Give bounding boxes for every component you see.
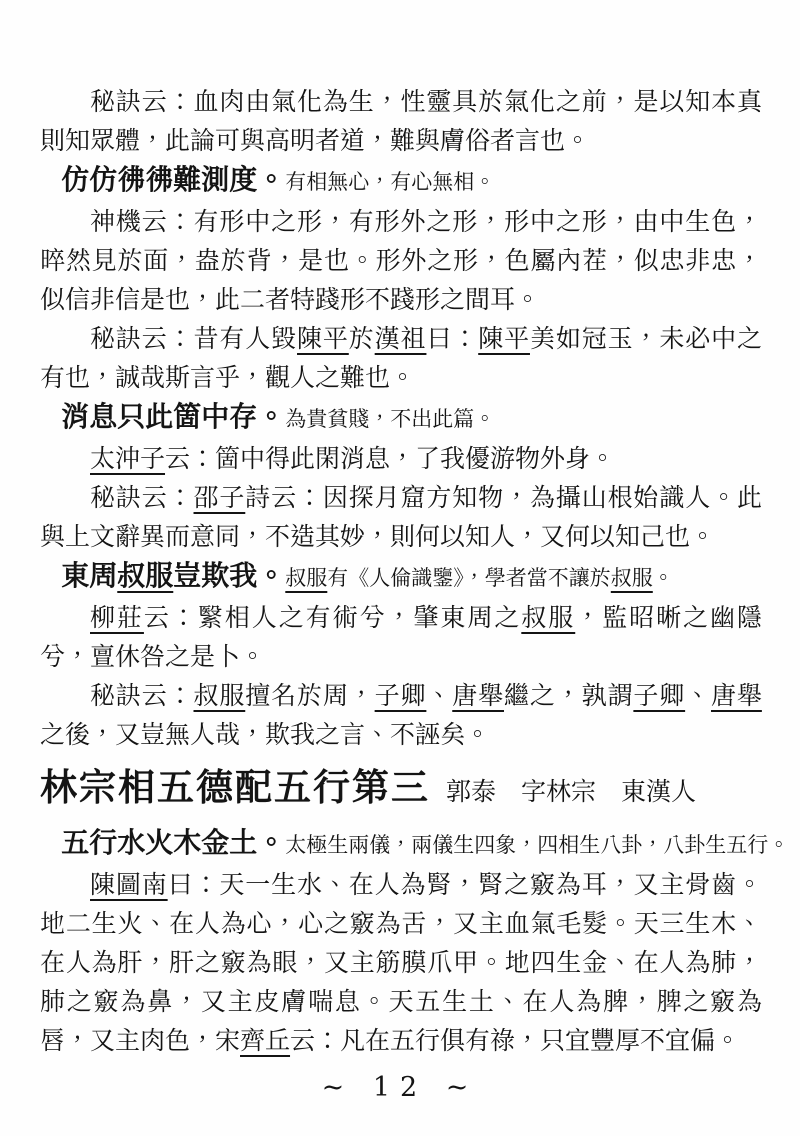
paragraph: 秘訣云：血肉由氣化為生，性靈具於氣化之前，是以知本真則知眾體，此論可與高明者道，… (40, 82, 762, 160)
proper-noun: 叔服 (194, 681, 246, 710)
text-segment: 太極生兩儀，兩儀生四象，四相生八卦，八卦生五行。 (285, 833, 789, 857)
section-title: 林宗相五德配五行第三 (40, 765, 430, 809)
proper-noun: 叔服 (611, 566, 653, 590)
text-segment: 為貴貧賤，不出此篇。 (285, 407, 495, 431)
proper-noun: 漢祖 (375, 324, 427, 353)
proper-noun: 齊丘 (240, 1026, 290, 1055)
proper-noun: 柳莊 (90, 603, 144, 632)
proper-noun: 陳圖南 (90, 870, 168, 899)
proper-noun: 唐舉 (452, 681, 504, 710)
proper-noun: 陳平 (478, 324, 530, 353)
proper-noun: 陳平 (297, 324, 349, 353)
text-segment: 東周 (61, 559, 117, 592)
paragraph: 消息只此箇中存。為貴貧賤，不出此篇。 (40, 397, 762, 439)
text-segment: 於 (349, 324, 375, 353)
paragraph: 秘訣云：叔服擅名於周，子卿、唐舉繼之，孰謂子卿、唐舉之後，又豈無人哉，欺我之言、… (40, 676, 762, 754)
proper-noun: 叔服 (117, 559, 173, 592)
proper-noun: 子卿 (633, 681, 685, 710)
paragraph: 柳莊云：繄相人之有術兮，肇東周之叔服，監昭晰之幽隱兮，亶休咎之是卜。 (40, 598, 762, 676)
text-body: 秘訣云：血肉由氣化為生，性靈具於氣化之前，是以知本真則知眾體，此論可與高明者道，… (40, 0, 762, 1060)
proper-noun: 太沖子 (90, 444, 165, 473)
text-segment: 。 (653, 566, 674, 590)
text-segment: 秘訣云： (90, 483, 194, 512)
proper-noun: 邵子 (194, 483, 246, 512)
text-segment: 秘訣云：昔有人毀 (90, 324, 297, 353)
proper-noun: 子卿 (375, 681, 427, 710)
paragraph: 陳圖南曰：天一生水、在人為腎，腎之竅為耳，又主骨齒。地二生火、在人為心，心之竅為… (40, 865, 762, 1060)
paragraph: 秘訣云：昔有人毀陳平於漢祖曰：陳平美如冠玉，未必中之有也，誠哉斯言乎，觀人之難也… (40, 319, 762, 397)
text-segment: 五行水火木金土。 (61, 826, 285, 859)
proper-noun: 叔服 (521, 603, 575, 632)
text-segment: 秘訣云： (90, 681, 194, 710)
text-segment: 云：繄相人之有術兮，肇東周之 (144, 603, 521, 632)
text-segment: 、 (426, 681, 452, 710)
text-segment: 擅名於周， (245, 681, 374, 710)
paragraph: 仿仿彿彿難測度。有相無心，有心無相。 (40, 160, 762, 202)
paragraph: 秘訣云：邵子詩云：因探月窟方知物，為攝山根始識人。此與上文辭異而意同，不造其妙，… (40, 478, 762, 556)
paragraph: 五行水火木金土。太極生兩儀，兩儀生四象，四相生八卦，八卦生五行。 (40, 823, 762, 865)
text-segment: 繼之，孰謂 (504, 681, 633, 710)
text-segment: 曰： (426, 324, 478, 353)
text-segment: 有《人倫識鑒》，學者當不讓於 (327, 566, 611, 590)
text-segment: 秘訣云：血肉由氣化為生，性靈具於氣化之前，是以知本真則知眾體，此論可與高明者道，… (40, 87, 762, 155)
paragraph: 神機云：有形中之形，有形外之形，形中之形，由中生色，晬然見於面，盎於背，是也。形… (40, 202, 762, 319)
section-author: 郭泰 字林宗 東漢人 (446, 777, 696, 806)
text-segment: 云：凡在五行俱有祿，只宜豐厚不宜偏。 (290, 1026, 740, 1055)
text-segment: 有相無心，有心無相。 (285, 170, 495, 194)
paragraph: 太沖子云：箇中得此閑消息，了我優游物外身。 (40, 439, 762, 478)
text-segment: 神機云：有形中之形，有形外之形，形中之形，由中生色，晬然見於面，盎於背，是也。形… (40, 207, 762, 314)
text-segment: 仿仿彿彿難測度。 (61, 163, 285, 196)
proper-noun: 叔服 (285, 566, 327, 590)
proper-noun: 唐舉 (711, 681, 762, 710)
scanned-book-page: 秘訣云：血肉由氣化為生，性靈具於氣化之前，是以知本真則知眾體，此論可與高明者道，… (0, 0, 800, 1136)
paragraph: 東周叔服豈欺我。叔服有《人倫識鑒》，學者當不讓於叔服。 (40, 556, 762, 598)
text-segment: 豈欺我。 (173, 559, 285, 592)
page-footer: ~ 12 ~ (0, 1068, 800, 1108)
text-segment: 、 (685, 681, 711, 710)
text-segment: 之後，又豈無人哉，欺我之言、不誣矣。 (40, 720, 490, 749)
text-segment: 消息只此箇中存。 (61, 400, 285, 433)
text-segment: 云：箇中得此閑消息，了我優游物外身。 (165, 444, 615, 473)
page-number: ~ 12 ~ (322, 1072, 479, 1103)
section-heading: 林宗相五德配五行第三郭泰 字林宗 東漢人 (40, 761, 762, 818)
